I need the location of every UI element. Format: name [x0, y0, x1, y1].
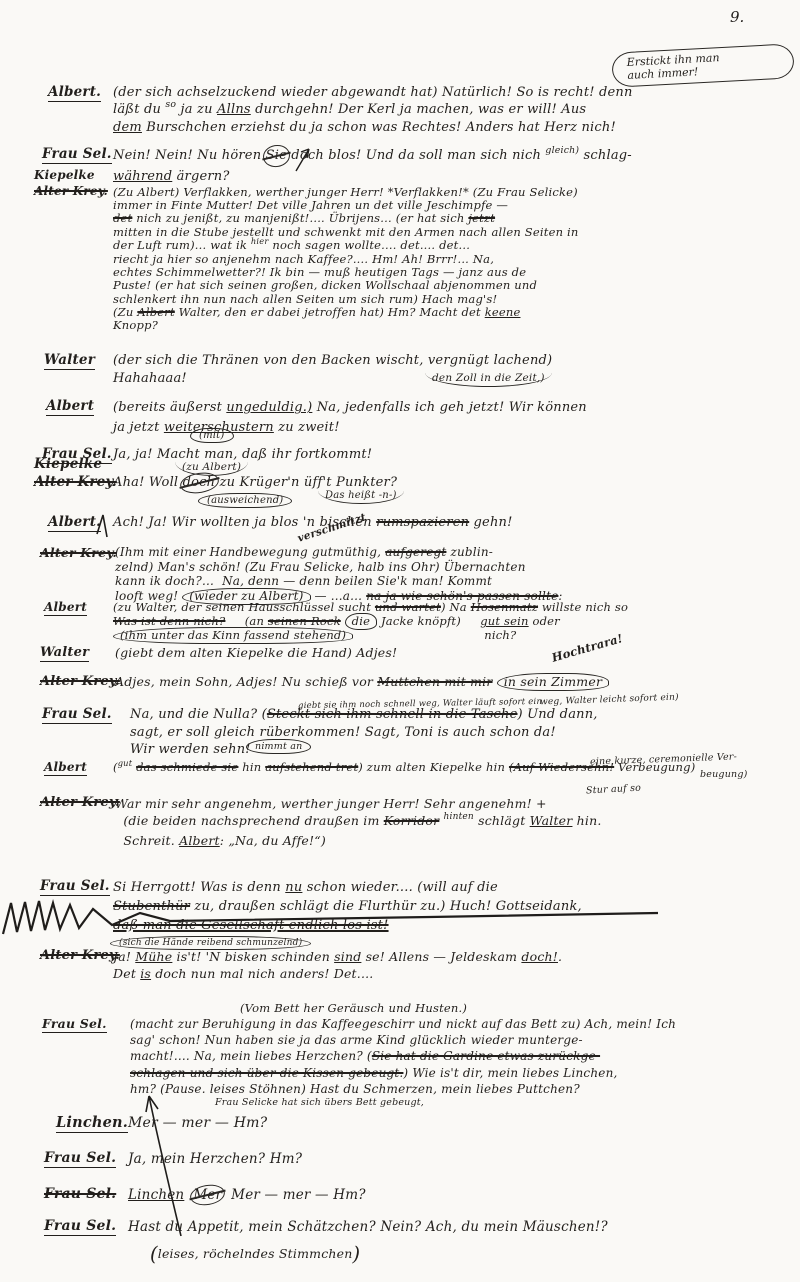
dialogue-block: (Ihm mit einer Handbewegung gutmüthig, a…: [115, 545, 770, 603]
text-segment: (Ihm mit einer Handbewegung gutmüthig,: [115, 545, 385, 559]
text-segment: War mir sehr angenehm, werther junger He…: [115, 796, 547, 811]
text-segment: seinen Rock: [268, 614, 341, 628]
text-segment: is't! 'N bisken schinden: [172, 949, 334, 964]
text-segment: macht!.... Na, mein liebes Herzchen? (: [130, 1049, 372, 1063]
text-segment: (Vom Bett her Geräusch und Husten.): [240, 1001, 467, 1015]
manuscript-line: Adjes, mein Sohn, Adjes! Nu schieß vor M…: [115, 674, 800, 690]
text-segment: Knopp?: [113, 318, 158, 332]
manuscript-line: Na, und die Nulla? (Steckt sich ihm schn…: [130, 706, 770, 724]
inline-annotation: Frau Selicke hat sich übers Bett gebeugt…: [215, 1097, 424, 1108]
speaker-label: Frau Sel.: [42, 706, 112, 724]
text-segment: Walter: [530, 813, 573, 828]
text-segment: Korridor: [384, 813, 440, 828]
text-segment: Adjes, mein Sohn, Adjes! Nu schieß vor: [115, 674, 377, 689]
speaker-label: KiepelkeAlter Krey.: [34, 456, 117, 491]
speaker-label: KiepelkeAlter Krey.: [34, 168, 108, 199]
dialogue-block: Si Herrgott! Was is denn nu schon wieder…: [113, 878, 768, 935]
speaker-label-text: Frau Sel.: [44, 1150, 116, 1168]
manuscript-line: (ihm unter das Kinn fassend stehend) nic…: [113, 628, 800, 642]
text-segment: schlenkert ihn nun nach allen Seiten um …: [113, 292, 497, 306]
manuscript-line: (leises, röchelndes Stimmchen): [150, 1246, 580, 1262]
manuscript-line: macht!.... Na, mein liebes Herzchen? (Si…: [130, 1048, 785, 1064]
text-segment: das schmiede sie: [136, 760, 238, 774]
text-segment: (an: [225, 614, 267, 628]
text-segment: gut: [118, 758, 133, 768]
text-segment: doch blos! Und da soll man sich nich: [287, 148, 545, 163]
text-segment: mitten in die Stube jestellt und schwenk…: [113, 225, 579, 239]
speaker-label-text: Albert.: [48, 84, 101, 102]
text-segment: doch!: [521, 949, 558, 964]
speaker-label: Walter: [40, 645, 89, 662]
dialogue-block: Adjes, mein Sohn, Adjes! Nu schieß vor M…: [115, 674, 800, 690]
manuscript-line: Ja! Mühe is't! 'N bisken schinden sind s…: [113, 948, 800, 965]
speaker-label-struck: Alter Krey.: [40, 674, 120, 690]
speaker-label-text: Frau Sel.: [44, 1218, 116, 1236]
manuscript-line: der Luft rum)... wat ik hier noch sagen …: [113, 239, 775, 253]
text-segment: is: [140, 966, 151, 981]
text-segment: durchgehn! Der Kerl ja machen, was er wi…: [251, 102, 587, 117]
text-segment: der Luft rum)... wat ik: [113, 238, 251, 252]
text-segment: Allns: [217, 102, 251, 117]
text-segment: ) Und dann,: [517, 707, 597, 722]
text-segment: und wartet: [375, 600, 441, 614]
speaker-label-struck: Frau Sel.: [44, 1186, 116, 1203]
text-segment: Na, und die Nulla? (: [130, 707, 267, 722]
manuscript-line: daß man die Gesellschaft endlich los ist…: [113, 916, 768, 935]
manuscript-line: während ärgern?: [113, 167, 778, 187]
speaker-label-struck: Alter Krey.: [40, 795, 120, 811]
text-segment: (macht zur Beruhigung in das Kaffeegesch…: [130, 1017, 676, 1031]
manuscript-line: Mer — mer — Hm?: [128, 1114, 548, 1132]
dialogue-block: (zu Walter, der seinen Hausschlüssel suc…: [113, 600, 800, 642]
manuscript-line: (Vom Bett her Geräusch und Husten.): [240, 1001, 660, 1015]
speaker-label: Frau Sel.: [44, 1218, 116, 1236]
text-segment: zublin-: [446, 545, 493, 559]
dialogue-block: (giebt dem alten Kiepelke die Hand) Adje…: [115, 645, 755, 661]
manuscript-line: zelnd) Man's schön! (Zu Frau Selicke, ha…: [115, 560, 770, 575]
text-segment: sind: [334, 949, 361, 964]
text-segment: [493, 674, 497, 689]
text-segment: hier: [251, 236, 269, 246]
text-segment: Walter, den er dabei jetroffen hat) Hm? …: [175, 305, 485, 319]
text-segment: (der sich die Thränen von den Backen wis…: [113, 353, 552, 368]
text-segment: zu, draußen schlägt die Flurthür zu.) Hu…: [190, 899, 582, 914]
dialogue-block: Linchen Mer Mer — mer — Hm?: [128, 1186, 598, 1204]
text-segment: Mer — mer — Hm?: [128, 1115, 267, 1131]
text-segment: hinten: [444, 812, 474, 822]
manuscript-line: läßt du so ja zu Allns durchgehn! Der Ke…: [113, 101, 773, 119]
text-segment: (der sich achselzuckend wieder abgewandt…: [113, 85, 633, 100]
inline-annotation: nimmt an: [246, 739, 311, 754]
text-segment: Jacke knöpft): [377, 614, 480, 628]
manuscript-line: dem Burschchen erziehst du ja schon was …: [113, 119, 773, 136]
speaker-label-text: Albert.: [48, 514, 101, 532]
inline-annotation: (ausweichend): [198, 493, 292, 508]
speaker-label-text: Frau Sel.: [42, 146, 112, 164]
text-segment: Ja!: [113, 949, 135, 964]
speaker-label: Albert.: [48, 514, 101, 532]
text-segment: kann ik doch?... Na, denn — denn beilen …: [115, 574, 492, 588]
text-segment: echtes Schimmelwetter?! Ik bin — muß heu…: [113, 265, 526, 279]
text-segment: (Zu Albert) Verflakken, werther junger H…: [113, 185, 578, 199]
text-segment: noch sagen wollte.... det.... det...: [269, 238, 471, 252]
manuscript-line: Schreit. Albert: „Na, du Affe!“): [115, 832, 780, 849]
text-segment: ) Wie is't dir, mein liebes Linchen,: [403, 1066, 617, 1080]
speaker-label: Albert.: [48, 84, 101, 102]
speaker-label: Albert: [46, 398, 94, 416]
speaker-label: Albert: [44, 760, 87, 776]
speaker-label-struck: Alter Krey.: [34, 474, 117, 491]
inline-annotation: (mit): [190, 428, 234, 443]
speaker-label: Alter Krey.: [40, 948, 120, 964]
manuscript-line: War mir sehr angenehm, werther junger He…: [115, 795, 780, 812]
text-segment: det: [113, 211, 132, 225]
speaker-label-struck: Alter Krey.: [40, 948, 120, 964]
speaker-label: Walter: [44, 352, 95, 370]
text-segment: daß man die Gesellschaft endlich los ist…: [113, 918, 389, 933]
manuscript-line: kann ik doch?... Na, denn — denn beilen …: [115, 574, 770, 589]
text-segment: [439, 813, 443, 828]
manuscript-line: Ja, mein Herzchen? Hm?: [128, 1150, 548, 1168]
dialogue-block: (der sich achselzuckend wieder abgewandt…: [113, 84, 773, 136]
text-segment: Si Herrgott! Was is denn: [113, 880, 285, 895]
text-segment: (zu Walter, der seinen Hausschlüssel suc…: [113, 600, 375, 614]
text-segment: dem: [113, 120, 142, 135]
text-segment: gut sein: [480, 614, 528, 628]
text-segment: rumspazieren: [376, 515, 469, 530]
text-segment: oder: [529, 614, 560, 628]
text-segment: Sie: [266, 146, 287, 166]
text-segment: (: [113, 760, 118, 774]
text-segment: Schreit.: [115, 833, 179, 848]
manuscript-line: Aha! Woll doch zu Krüger'n üff't Punkter…: [113, 474, 753, 492]
speaker-label: Frau Sel.: [44, 1186, 116, 1203]
text-segment: : „Na, du Affe!“): [220, 833, 326, 848]
speaker-label-text: Frau Sel.: [42, 706, 112, 724]
text-segment: ) Na: [441, 600, 471, 614]
dialogue-block: (Zu Albert) Verflakken, werther junger H…: [113, 186, 775, 332]
manuscript-page: 9. Erstickt ihn man auch immer! Albert.(…: [0, 0, 800, 1282]
text-segment: Nein! Nein! Nu hören: [113, 148, 266, 163]
text-segment: in sein Zimmer: [497, 673, 609, 691]
manuscript-line: Nein! Nein! Nu hören Sie doch blos! Und …: [113, 146, 778, 167]
speaker-label-revision: Kiepelke: [34, 456, 117, 473]
manuscript-line: (Zu Albert Walter, den er dabei jetroffe…: [113, 306, 775, 319]
manuscript-line: sag' schon! Nun haben sie ja das arme Ki…: [130, 1032, 785, 1048]
text-segment: zu Krüger'n üff't Punkter?: [215, 475, 397, 490]
speaker-label-text: Frau Sel.: [42, 1016, 107, 1033]
text-segment: Mühe: [135, 949, 172, 964]
speaker-label-text: Albert: [44, 600, 87, 616]
text-segment: doch: [183, 474, 216, 492]
text-segment: schlagen und sich über die Kissen gebeug…: [130, 1066, 403, 1080]
text-segment: Mer — mer — Hm?: [222, 1187, 365, 1203]
dialogue-block: Ja, mein Herzchen? Hm?: [128, 1150, 548, 1168]
text-segment: Puste! (er hat sich seinen großen, dicke…: [113, 278, 537, 292]
text-segment: sag' schon! Nun haben sie ja das arme Ki…: [130, 1033, 583, 1047]
text-segment: se! Allens — Jeldeskam: [361, 949, 521, 964]
text-segment: läßt du: [113, 102, 165, 117]
manuscript-line: Linchen Mer Mer — mer — Hm?: [128, 1186, 598, 1204]
dialogue-block: Hast du Appetit, mein Schätzchen? Nein? …: [128, 1218, 758, 1236]
dialogue-block: War mir sehr angenehm, werther junger He…: [115, 795, 780, 849]
text-segment: jetzt: [468, 211, 495, 225]
speaker-label-text: Albert: [46, 398, 94, 416]
text-segment: schlägt: [474, 813, 530, 828]
text-segment: doch nun mal nich anders! Det....: [151, 966, 373, 981]
text-segment: riecht ja hier so anjenehm nach Kaffee?.…: [113, 252, 494, 266]
dialogue-block: Aha! Woll doch zu Krüger'n üff't Punkter…: [113, 474, 753, 492]
speaker-label: Alter Krey.: [40, 545, 117, 561]
manuscript-line: (Ihm mit einer Handbewegung gutmüthig, a…: [115, 545, 770, 560]
manuscript-line: schlagen und sich über die Kissen gebeug…: [130, 1065, 785, 1081]
inline-annotation: (sich die Hände reibend schmunzelnd): [110, 936, 311, 950]
text-segment: Wir werden sehn!: [130, 742, 251, 757]
text-segment: Ja, mein Herzchen? Hm?: [128, 1151, 302, 1167]
text-segment: (ihm unter das Kinn fassend stehend): [113, 627, 353, 644]
manuscript-line: Hast du Appetit, mein Schätzchen? Nein? …: [128, 1218, 758, 1236]
manuscript-line: (die beiden nachsprechend draußen im Kor…: [115, 812, 780, 832]
manuscript-line: (der sich achselzuckend wieder abgewandt…: [113, 84, 773, 101]
speaker-label: Albert: [44, 600, 87, 616]
text-segment: willste nich so: [538, 600, 628, 614]
text-segment: Mer: [193, 1186, 222, 1204]
text-segment: ja jetzt: [113, 420, 164, 435]
dialogue-block: (macht zur Beruhigung in das Kaffeegesch…: [130, 1016, 785, 1097]
manuscript-line: Knopp?: [113, 319, 775, 332]
text-segment: Det: [113, 966, 140, 981]
manuscript-line: (der sich die Thränen von den Backen wis…: [113, 352, 753, 370]
dialogue-block: Ja! Mühe is't! 'N bisken schinden sind s…: [113, 948, 800, 982]
text-segment: gehn!: [469, 515, 512, 530]
text-segment: Albert: [137, 305, 174, 319]
text-segment: während: [113, 169, 172, 184]
speaker-label-struck: Alter Krey.: [34, 184, 108, 199]
text-segment: nich zu jenißt, zu manjenißt!.... Übrije…: [132, 211, 468, 225]
text-segment: schon wieder.... (will auf die: [302, 880, 497, 895]
text-segment: Ja, ja! Macht man, daß ihr fortkommt!: [113, 447, 372, 462]
dialogue-block: (leises, röchelndes Stimmchen): [150, 1246, 580, 1262]
manuscript-line: hm? (Pause. leises Stöhnen) Hast du Schm…: [130, 1081, 785, 1097]
speaker-label: Alter Krey.: [40, 795, 120, 811]
text-segment: keene: [485, 305, 521, 319]
speaker-label-struck: Alter Krey.: [40, 545, 117, 561]
text-segment: Burschchen erziehst du ja schon was Rech…: [142, 120, 616, 135]
manuscript-line: Ach! Ja! Wir wollten ja blos 'n bischen …: [113, 514, 773, 532]
inline-annotation: beugung): [700, 769, 748, 780]
text-segment: (Zu: [113, 305, 137, 319]
text-segment: sagt, er soll gleich rüberkommen! Sagt, …: [130, 725, 556, 740]
page-number: 9.: [730, 8, 744, 26]
dialogue-block: (Vom Bett her Geräusch und Husten.): [240, 1001, 660, 1015]
text-segment: ungeduldig.): [226, 400, 312, 415]
text-segment: gleich): [545, 145, 579, 156]
margin-note: Erstickt ihn man auch immer!: [611, 43, 795, 87]
manuscript-line: Stubenthür zu, draußen schlägt die Flurt…: [113, 897, 768, 916]
speaker-label-text: Linchen.: [56, 1114, 128, 1133]
inline-annotation: Das heißt -n-): [318, 490, 404, 504]
text-segment: Aha! Woll: [113, 475, 183, 490]
dialogue-block: Nein! Nein! Nu hören Sie doch blos! Und …: [113, 146, 778, 187]
speaker-label: Linchen.: [56, 1114, 128, 1133]
manuscript-line: Si Herrgott! Was is denn nu schon wieder…: [113, 878, 768, 897]
text-segment: hin: [238, 760, 265, 774]
text-segment: Hosenmatz: [471, 600, 538, 614]
text-segment: Linchen: [128, 1187, 184, 1203]
text-segment: Muttchen mit mir: [377, 674, 492, 689]
text-segment: (bereits äußerst: [113, 400, 226, 415]
dialogue-block: Ach! Ja! Wir wollten ja blos 'n bischen …: [113, 514, 773, 532]
text-segment: Stubenthür: [113, 899, 190, 914]
manuscript-line: sagt, er soll gleich rüberkommen! Sagt, …: [130, 724, 770, 742]
speaker-label-text: Albert: [44, 760, 87, 776]
text-segment: Hast du Appetit, mein Schätzchen? Nein? …: [128, 1219, 608, 1235]
manuscript-line: (macht zur Beruhigung in das Kaffeegesch…: [130, 1016, 785, 1032]
text-segment: ja zu: [176, 102, 217, 117]
text-segment: (: [150, 1242, 158, 1265]
text-segment: nich?: [353, 628, 516, 642]
text-segment: zelnd) Man's schön! (Zu Frau Selicke, ha…: [115, 560, 526, 574]
text-segment: Sie hat die Gardine etwas zurückge-: [372, 1049, 600, 1063]
speaker-label: Frau Sel.: [42, 1016, 107, 1033]
text-segment: so: [165, 99, 176, 110]
text-segment: .: [558, 949, 562, 964]
text-segment: zu zweit!: [274, 420, 340, 435]
manuscript-line: (bereits äußerst ungeduldig.) Na, jedenf…: [113, 398, 753, 418]
dialogue-block: Mer — mer — Hm?: [128, 1114, 548, 1132]
speaker-label-text: Walter: [40, 645, 89, 662]
speaker-label-text: Frau Sel.: [40, 878, 110, 896]
text-segment: nu: [285, 880, 302, 895]
text-segment: (giebt dem alten Kiepelke die Hand) Adje…: [115, 645, 397, 660]
text-segment: hm? (Pause. leises Stöhnen) Hast du Schm…: [130, 1082, 580, 1096]
text-segment: ): [353, 1242, 361, 1265]
text-segment: hin.: [572, 813, 601, 828]
text-segment: schlag-: [579, 148, 632, 163]
speaker-label: Frau Sel.: [44, 1150, 116, 1168]
speaker-label-text: Walter: [44, 352, 95, 370]
text-segment: aufgeregt: [385, 545, 446, 559]
text-segment: immer in Finte Mutter! Det ville Jahren …: [113, 198, 508, 212]
text-segment: Was ist denn nich?: [113, 614, 225, 628]
text-segment: Hahahaaa!: [113, 371, 187, 386]
text-segment: ) zum alten Kiepelke hin: [358, 760, 509, 774]
manuscript-line: (giebt dem alten Kiepelke die Hand) Adje…: [115, 645, 755, 661]
text-segment: Na, jedenfalls ich geh jetzt! Wir können: [312, 400, 587, 415]
manuscript-line: Was ist denn nich? (an seinen Rock die J…: [113, 614, 800, 628]
manuscript-line: (zu Walter, der seinen Hausschlüssel suc…: [113, 600, 800, 614]
speaker-label-revision: Kiepelke: [34, 168, 108, 183]
text-segment: aufstehend tret: [265, 760, 358, 774]
speaker-label: Frau Sel.: [42, 146, 112, 164]
speaker-label: Alter Krey.: [40, 674, 120, 690]
text-segment: ärgern?: [172, 169, 229, 184]
text-segment: (die beiden nachsprechend draußen im: [115, 813, 384, 828]
text-segment: Albert: [179, 833, 220, 848]
speaker-label: Frau Sel.: [40, 878, 110, 896]
dialogue-block: Na, und die Nulla? (Steckt sich ihm schn…: [130, 706, 770, 759]
manuscript-line: Det is doch nun mal nich anders! Det....: [113, 965, 800, 982]
text-segment: leises, röchelndes Stimmchen: [158, 1246, 353, 1261]
